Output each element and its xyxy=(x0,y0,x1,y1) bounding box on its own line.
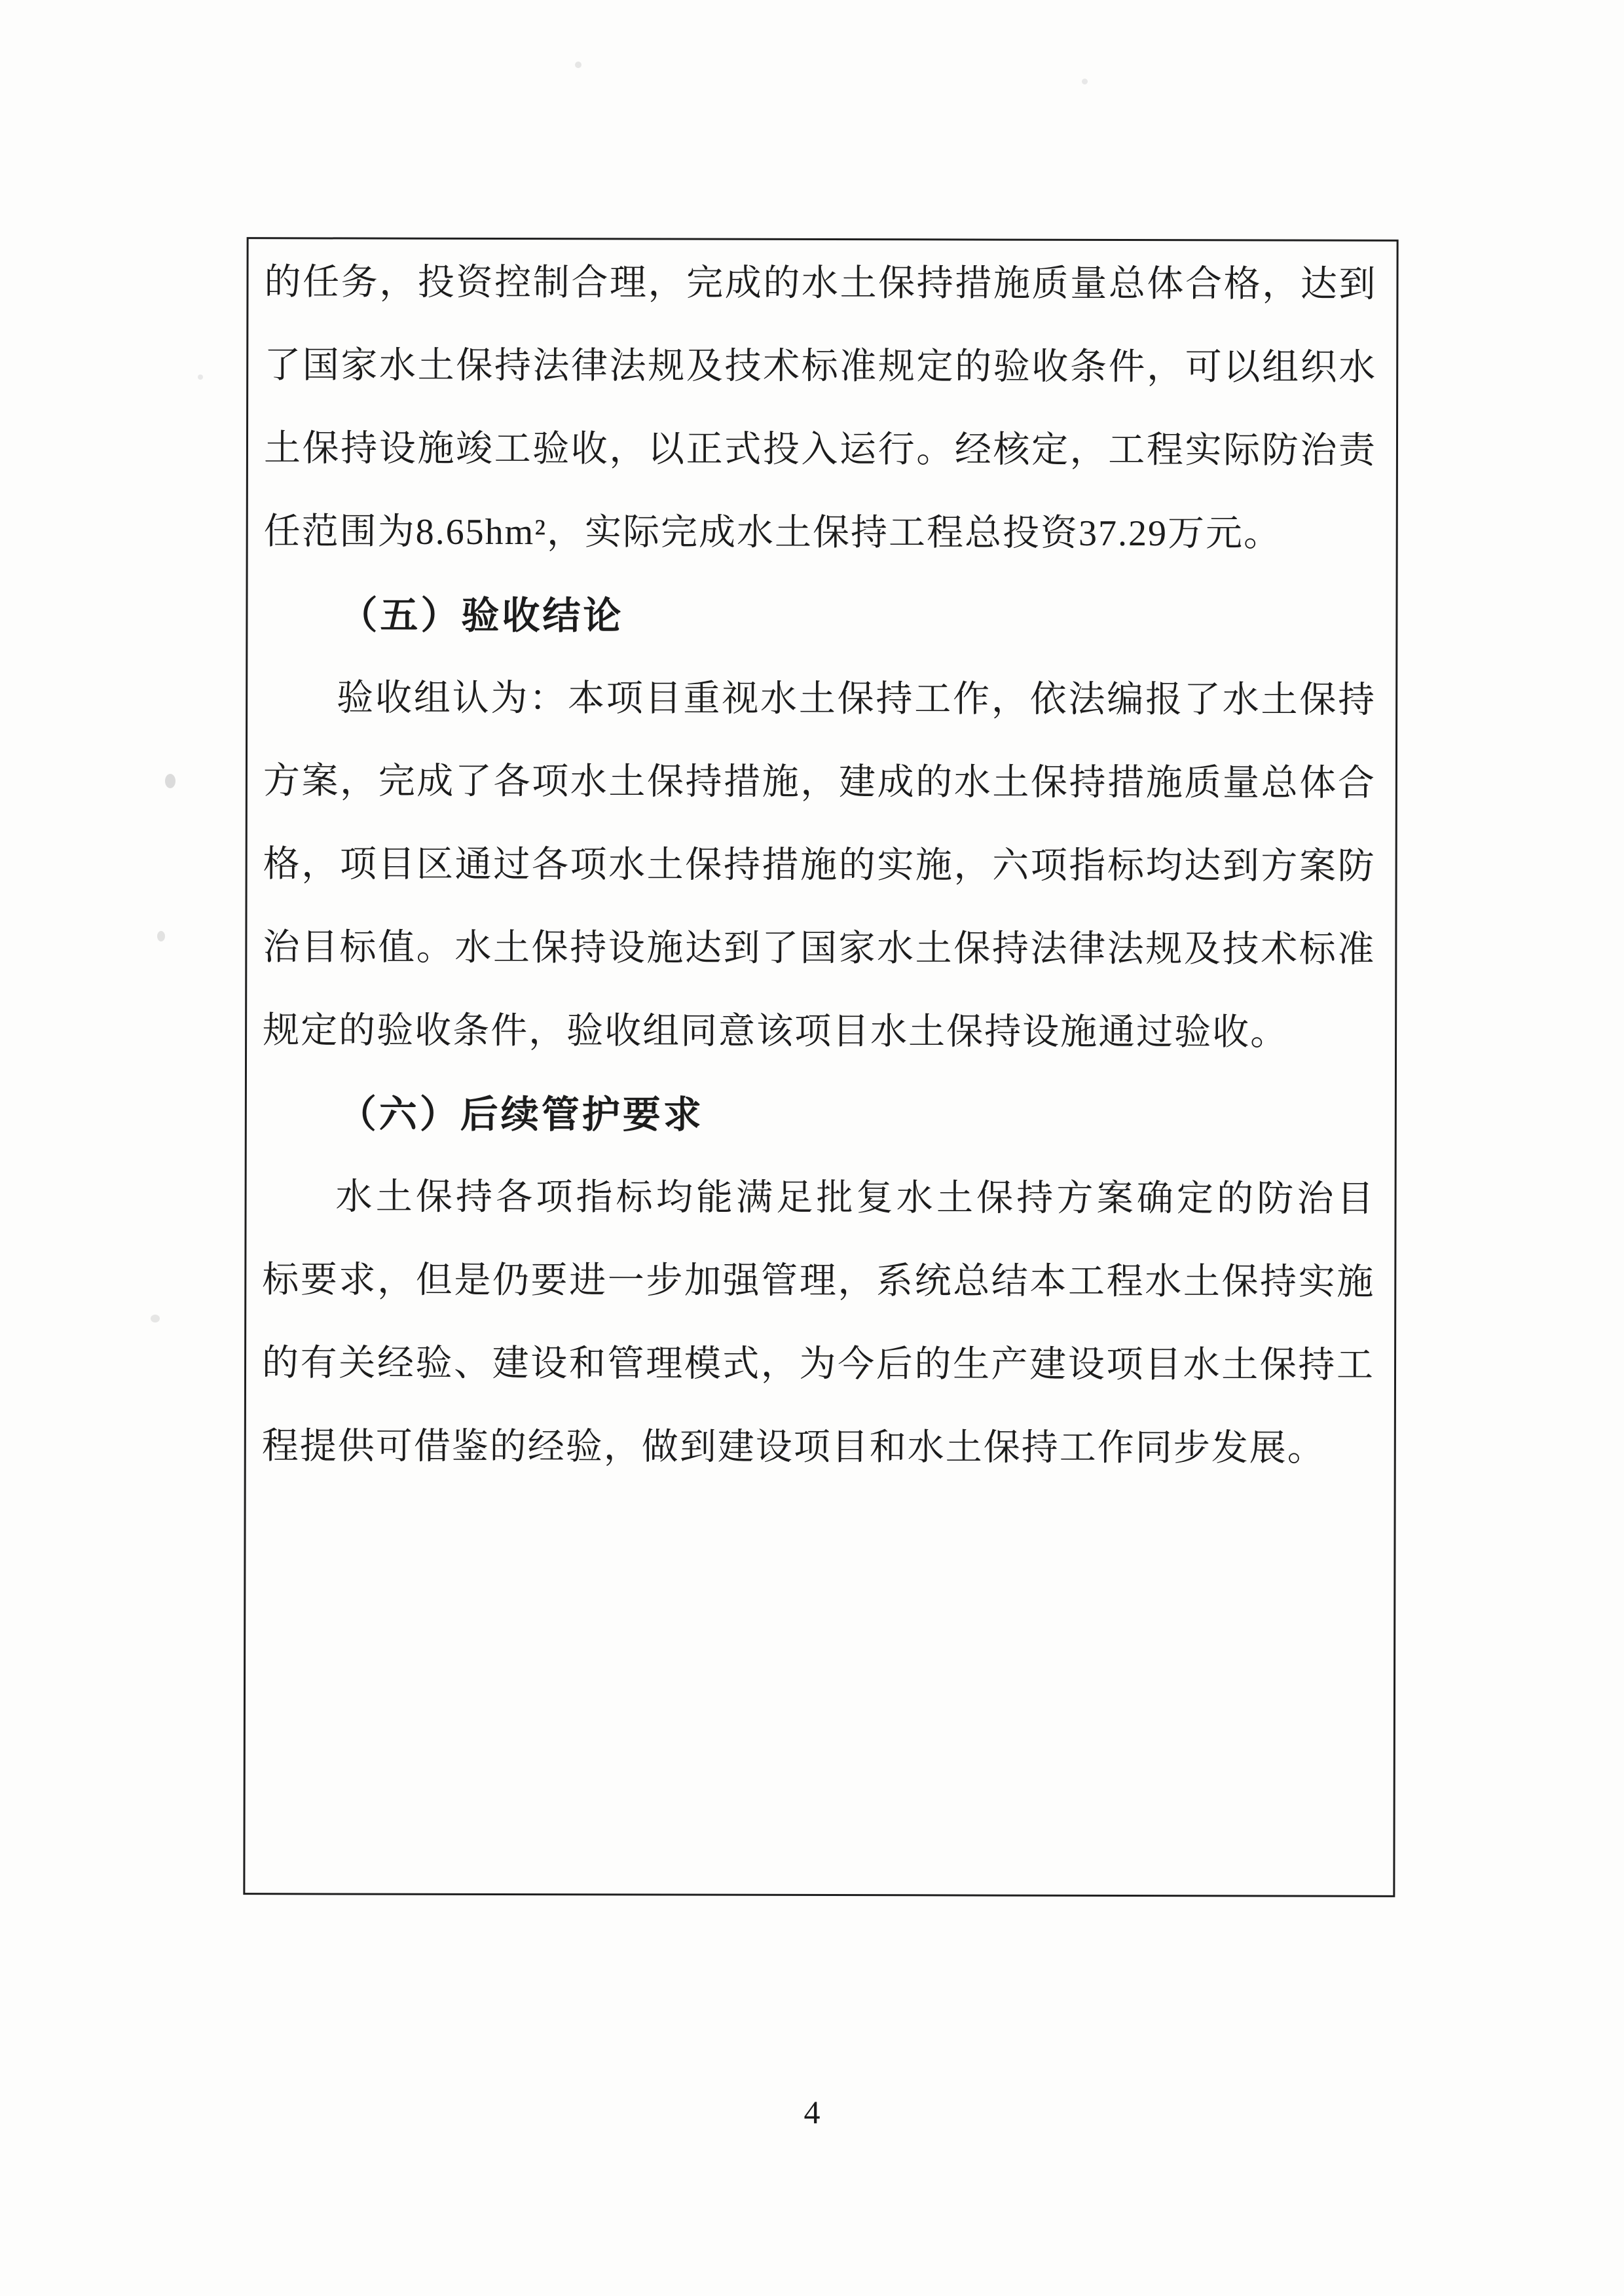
text-line: 程提供可借鉴的经验，做到建设项目和水土保持工作同步发展。 xyxy=(262,1405,1375,1491)
text-line: 水土保持各项指标均能满足批复水土保持方案确定的防治目 xyxy=(262,1156,1375,1241)
text-line: 治目标值。水土保持设施达到了国家水土保持法律法规及技术标准 xyxy=(263,906,1375,992)
text-line: 任范围为8.65hm²，实际完成水土保持工程总投资37.29万元。 xyxy=(264,490,1376,576)
section-heading-5: （五）验收结论 xyxy=(263,574,1376,659)
text-line: 方案，完成了各项水土保持措施，建成的水土保持措施质量总体合 xyxy=(263,740,1376,826)
text-line: 了国家水土保持法律法规及技术标准规定的验收条件，可以组织水 xyxy=(264,324,1376,410)
content-border-box: 的任务，投资控制合理，完成的水土保持措施质量总体合格，达到 了国家水土保持法律法… xyxy=(243,237,1398,1897)
text-line: 规定的验收条件，验收组同意该项目水土保持设施通过验收。 xyxy=(263,989,1375,1075)
section-heading-6: （六）后续管护要求 xyxy=(263,1072,1375,1158)
text-line: 格，项目区通过各项水土保持措施的实施，六项指标均达到方案防 xyxy=(263,823,1376,909)
text-line: 验收组认为：本项目重视水土保持工作，依法编报了水土保持 xyxy=(263,657,1376,742)
text-line: 土保持设施竣工验收，以正式投入运行。经核定，工程实际防治责 xyxy=(264,407,1376,493)
text-line: 标要求，但是仍要进一步加强管理，系统总结本工程水土保持实施 xyxy=(262,1239,1375,1324)
text-line: 的有关经验、建设和管理模式，为今后的生产建设项目水土保持工 xyxy=(262,1322,1375,1408)
page-number: 4 xyxy=(0,2092,1624,2132)
scanned-document-page: 的任务，投资控制合理，完成的水土保持措施质量总体合格，达到 了国家水土保持法律法… xyxy=(0,0,1624,2296)
text-line: 的任务，投资控制合理，完成的水土保持措施质量总体合格，达到 xyxy=(264,241,1376,327)
